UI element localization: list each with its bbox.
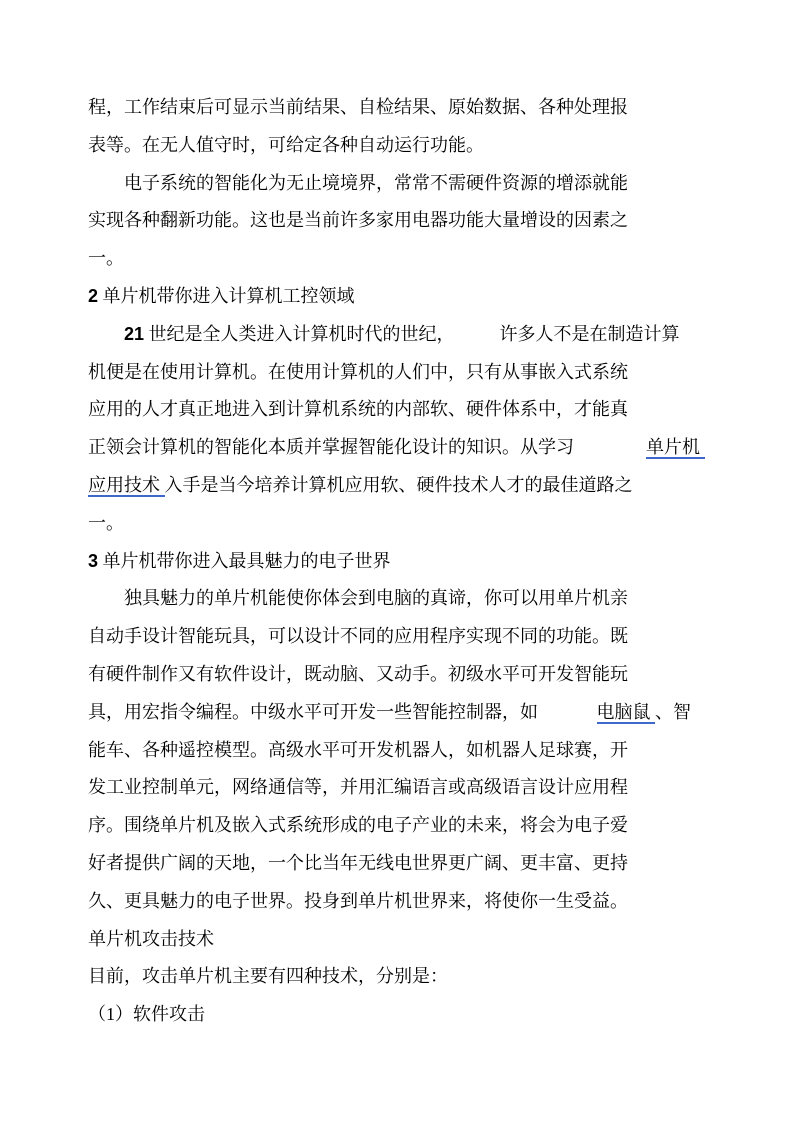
paragraph-line: 表等。在无人值守时，可给定各种自动运行功能。 <box>88 127 738 165</box>
text-run: 、智 <box>655 702 691 722</box>
paragraph-line: 能车、各种遥控模型。高级水平可开发机器人，如机器人足球赛，开 <box>88 732 738 770</box>
text-run: 单片机带你进入最具魅力的电子世界 <box>98 551 391 571</box>
paragraph-line: 目前，攻击单片机主要有四种技术，分别是： <box>88 958 738 996</box>
paragraph-line: 发工业控制单元，网络通信等，并用汇编语言或高级语言设计应用程 <box>88 769 738 807</box>
text-run: 正领会计算机的智能化本质并掌握智能化设计的知识。从学习 <box>88 437 646 457</box>
paragraph-line: 21 世纪是全人类进入计算机时代的世纪， 许多人不是在制造计算 <box>88 316 738 354</box>
section-number: 2 <box>88 286 98 306</box>
text-run: （1）软件攻击 <box>88 1004 205 1024</box>
paragraph-line: 好者提供广阔的天地，一个比当年无线电世界更广阔、更丰富、更持 <box>88 845 738 883</box>
paragraph-line: 久、更具魅力的电子世界。投身到单片机世界来，将使你一生受益。 <box>88 883 738 921</box>
section-heading: 3 单片机带你进入最具魅力的电子世界 <box>88 543 738 581</box>
text-run: 久、更具魅力的电子世界。投身到单片机世界来，将使你一生受益。 <box>88 891 628 911</box>
text-run: 电子系统的智能化为无止境境界，常常不需硬件资源的增添就能 <box>88 173 628 193</box>
paragraph-line: 实现各种翻新功能。这也是当前许多家用电器功能大量增设的因素之 <box>88 202 738 240</box>
text-run: 应用的人才真正地进入到计算机系统的内部软、硬件体系中，才能真 <box>88 399 628 419</box>
paragraph-line: 自动手设计智能玩具，可以设计不同的应用程序实现不同的功能。既 <box>88 618 738 656</box>
text-run: 序。围绕单片机及嵌入式系统形成的电子产业的未来，将会为电子爱 <box>88 815 628 835</box>
paragraph-line: 一。 <box>88 505 738 543</box>
paragraph-line: 有硬件制作又有软件设计，既动脑、又动手。初级水平可开发智能玩 <box>88 656 738 694</box>
paragraph-line: 独具魅力的单片机能使你体会到电脑的真谛，你可以用单片机亲 <box>88 580 738 618</box>
hyperlink[interactable]: 应用技术 <box>88 475 165 497</box>
text-run: 自动手设计智能玩具，可以设计不同的应用程序实现不同的功能。既 <box>88 626 628 646</box>
paragraph-line: 机便是在使用计算机。在使用计算机的人们中，只有从事嵌入式系统 <box>88 354 738 392</box>
text-run: 一。 <box>88 513 124 533</box>
paragraph-line: （1）软件攻击 <box>88 996 738 1034</box>
paragraph-line: 单片机攻击技术 <box>88 921 738 959</box>
section-number: 3 <box>88 551 98 571</box>
text-run: 好者提供广阔的天地，一个比当年无线电世界更广阔、更丰富、更持 <box>88 853 628 873</box>
paragraph-line: 应用技术 入手是当今培养计算机应用软、硬件技术人才的最佳道路之 <box>88 467 738 505</box>
text-run: 程，工作结束后可显示当前结果、自检结果、原始数据、各种处理报 <box>88 97 628 117</box>
document-page: 程，工作结束后可显示当前结果、自检结果、原始数据、各种处理报表等。在无人值守时，… <box>0 0 802 1140</box>
hyperlink[interactable]: 电脑鼠 <box>597 702 656 724</box>
paragraph-line: 程，工作结束后可显示当前结果、自检结果、原始数据、各种处理报 <box>88 89 738 127</box>
section-heading: 2 单片机带你进入计算机工控领域 <box>88 278 738 316</box>
text-run: 机便是在使用计算机。在使用计算机的人们中，只有从事嵌入式系统 <box>88 362 628 382</box>
paragraph-line: 序。围绕单片机及嵌入式系统形成的电子产业的未来，将会为电子爱 <box>88 807 738 845</box>
text-run: 有硬件制作又有软件设计，既动脑、又动手。初级水平可开发智能玩 <box>88 664 628 684</box>
text-run: 独具魅力的单片机能使你体会到电脑的真谛，你可以用单片机亲 <box>88 588 628 608</box>
text-run: 世纪是全人类进入计算机时代的世纪， 许多人不是在制造计算 <box>144 324 680 344</box>
text-run: 发工业控制单元，网络通信等，并用汇编语言或高级语言设计应用程 <box>88 777 628 797</box>
document-body: 程，工作结束后可显示当前结果、自检结果、原始数据、各种处理报表等。在无人值守时，… <box>88 89 738 1034</box>
text-run: 入手是当今培养计算机应用软、硬件技术人才的最佳道路之 <box>165 475 633 495</box>
text-run: 实现各种翻新功能。这也是当前许多家用电器功能大量增设的因素之 <box>88 210 628 230</box>
text-run: 目前，攻击单片机主要有四种技术，分别是： <box>88 966 448 986</box>
paragraph-line: 具，用宏指令编程。中级水平可开发一些智能控制器，如 电脑鼠 、智 <box>88 694 738 732</box>
text-run: 能车、各种遥控模型。高级水平可开发机器人，如机器人足球赛，开 <box>88 740 628 760</box>
text-run: 单片机攻击技术 <box>88 929 214 949</box>
hyperlink[interactable]: 单片机 <box>646 437 705 459</box>
paragraph-line: 正领会计算机的智能化本质并掌握智能化设计的知识。从学习 单片机 <box>88 429 738 467</box>
text-run: 单片机带你进入计算机工控领域 <box>98 286 355 306</box>
text-run: 表等。在无人值守时，可给定各种自动运行功能。 <box>88 135 484 155</box>
section-number: 21 <box>124 324 144 344</box>
text-run <box>88 324 124 344</box>
text-run: 一。 <box>88 248 124 268</box>
paragraph-line: 应用的人才真正地进入到计算机系统的内部软、硬件体系中，才能真 <box>88 391 738 429</box>
paragraph-line: 一。 <box>88 240 738 278</box>
paragraph-line: 电子系统的智能化为无止境境界，常常不需硬件资源的增添就能 <box>88 165 738 203</box>
text-run: 具，用宏指令编程。中级水平可开发一些智能控制器，如 <box>88 702 597 722</box>
